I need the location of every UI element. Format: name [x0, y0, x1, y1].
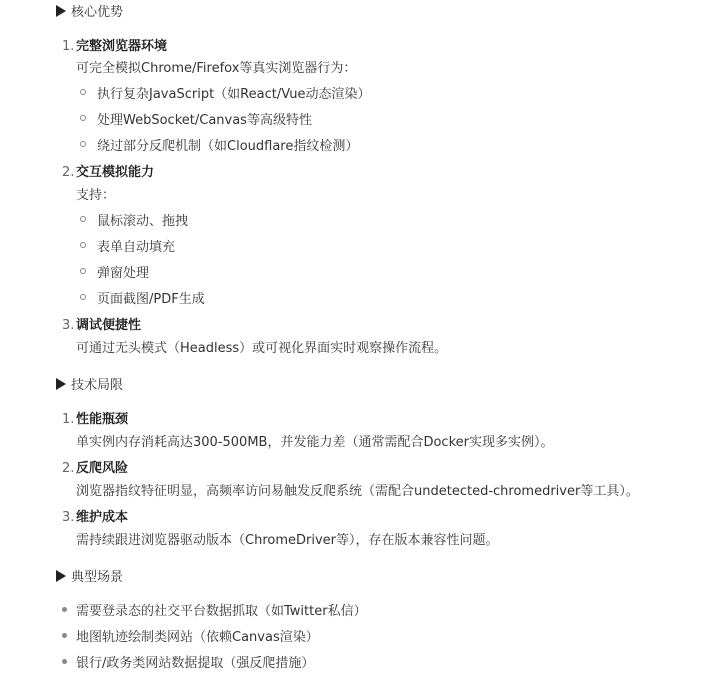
bullet-list-item-text: 银行/政务类网站数据提取（强反爬措施）	[76, 656, 314, 671]
item-description: 浏览器指纹特征明显，高频率访问易触发反爬系统（需配合undetected-chr…	[76, 482, 639, 502]
circle-bullet-icon	[80, 115, 86, 121]
sub-list-item: 执行复杂JavaScript（如React/Vue动态渲染）	[80, 85, 370, 105]
sub-list-item: 页面截图/PDF生成	[80, 290, 205, 310]
sub-list-item: 鼠标滚动、拖拽	[80, 212, 188, 232]
list-item-performance-bottleneck: 1.性能瓶颈	[62, 410, 128, 430]
section-heading-label: 典型场景	[71, 570, 123, 585]
bullet-list-item-text: 地图轨迹绘制类网站（依赖Canvas渲染）	[76, 630, 319, 645]
list-item-maintenance-cost: 3.维护成本	[62, 508, 128, 528]
sub-list-item-text: 页面截图/PDF生成	[97, 292, 205, 307]
list-item-title: 维护成本	[76, 510, 128, 525]
circle-bullet-icon	[80, 242, 86, 248]
disc-bullet-icon	[62, 607, 67, 612]
circle-bullet-icon	[80, 268, 86, 274]
triangle-right-icon	[56, 378, 66, 390]
circle-bullet-icon	[80, 89, 86, 95]
section-heading-typical-scenarios[interactable]: 典型场景	[55, 568, 123, 588]
bullet-list-item-text: 需要登录态的社交平台数据抓取（如Twitter私信）	[76, 604, 367, 619]
item-description: 可完全模拟Chrome/Firefox等真实浏览器行为：	[76, 59, 356, 79]
list-item-anti-crawl-risk: 2.反爬风险	[62, 459, 128, 479]
sub-list-item: 弹窗处理	[80, 264, 149, 284]
list-number: 1.	[62, 37, 76, 57]
sub-list-item-text: 绕过部分反爬机制（如Cloudflare指纹检测）	[97, 139, 358, 154]
disc-bullet-icon	[62, 633, 67, 638]
item-description: 可通过无头模式（Headless）或可视化界面实时观察操作流程。	[76, 339, 447, 359]
sub-list-item-text: 处理WebSocket/Canvas等高级特性	[97, 113, 312, 128]
list-number: 2.	[62, 163, 76, 183]
disc-bullet-icon	[62, 659, 67, 664]
section-heading-tech-limitations[interactable]: 技术局限	[55, 376, 123, 396]
list-item-title: 交互模拟能力	[76, 165, 154, 180]
list-item-title: 调试便捷性	[76, 318, 141, 333]
list-number: 2.	[62, 459, 76, 479]
list-item-title: 完整浏览器环境	[76, 39, 167, 54]
sub-list-item-text: 鼠标滚动、拖拽	[97, 214, 188, 229]
sub-list-item: 绕过部分反爬机制（如Cloudflare指纹检测）	[80, 137, 358, 157]
circle-bullet-icon	[80, 294, 86, 300]
sub-list-item-text: 表单自动填充	[97, 240, 175, 255]
item-description: 需持续跟进浏览器驱动版本（ChromeDriver等），存在版本兼容性问题。	[76, 531, 499, 551]
bullet-list-item: 地图轨迹绘制类网站（依赖Canvas渲染）	[62, 628, 319, 648]
triangle-right-icon	[56, 570, 66, 582]
bullet-list-item: 银行/政务类网站数据提取（强反爬措施）	[62, 654, 314, 674]
list-item-title: 性能瓶颈	[76, 412, 128, 427]
circle-bullet-icon	[80, 216, 86, 222]
item-description: 支持：	[76, 186, 115, 206]
list-item-debug-convenience: 3.调试便捷性	[62, 316, 141, 336]
bullet-list-item: 需要登录态的社交平台数据抓取（如Twitter私信）	[62, 602, 367, 622]
list-item-interaction-simulation: 2.交互模拟能力	[62, 163, 154, 183]
item-description: 单实例内存消耗高达300-500MB，并发能力差（通常需配合Docker实现多实…	[76, 433, 553, 453]
list-number: 3.	[62, 316, 76, 336]
sub-list-item-text: 弹窗处理	[97, 266, 149, 281]
section-heading-label: 核心优势	[71, 5, 123, 20]
circle-bullet-icon	[80, 141, 86, 147]
list-number: 1.	[62, 410, 76, 430]
section-heading-label: 技术局限	[71, 378, 123, 393]
list-item-title: 反爬风险	[76, 461, 128, 476]
sub-list-item: 处理WebSocket/Canvas等高级特性	[80, 111, 312, 131]
sub-list-item-text: 执行复杂JavaScript（如React/Vue动态渲染）	[97, 87, 370, 102]
section-heading-core-advantages[interactable]: 核心优势	[55, 3, 123, 23]
triangle-right-icon	[56, 5, 66, 17]
list-item-full-browser-env: 1.完整浏览器环境	[62, 37, 167, 57]
list-number: 3.	[62, 508, 76, 528]
sub-list-item: 表单自动填充	[80, 238, 175, 258]
